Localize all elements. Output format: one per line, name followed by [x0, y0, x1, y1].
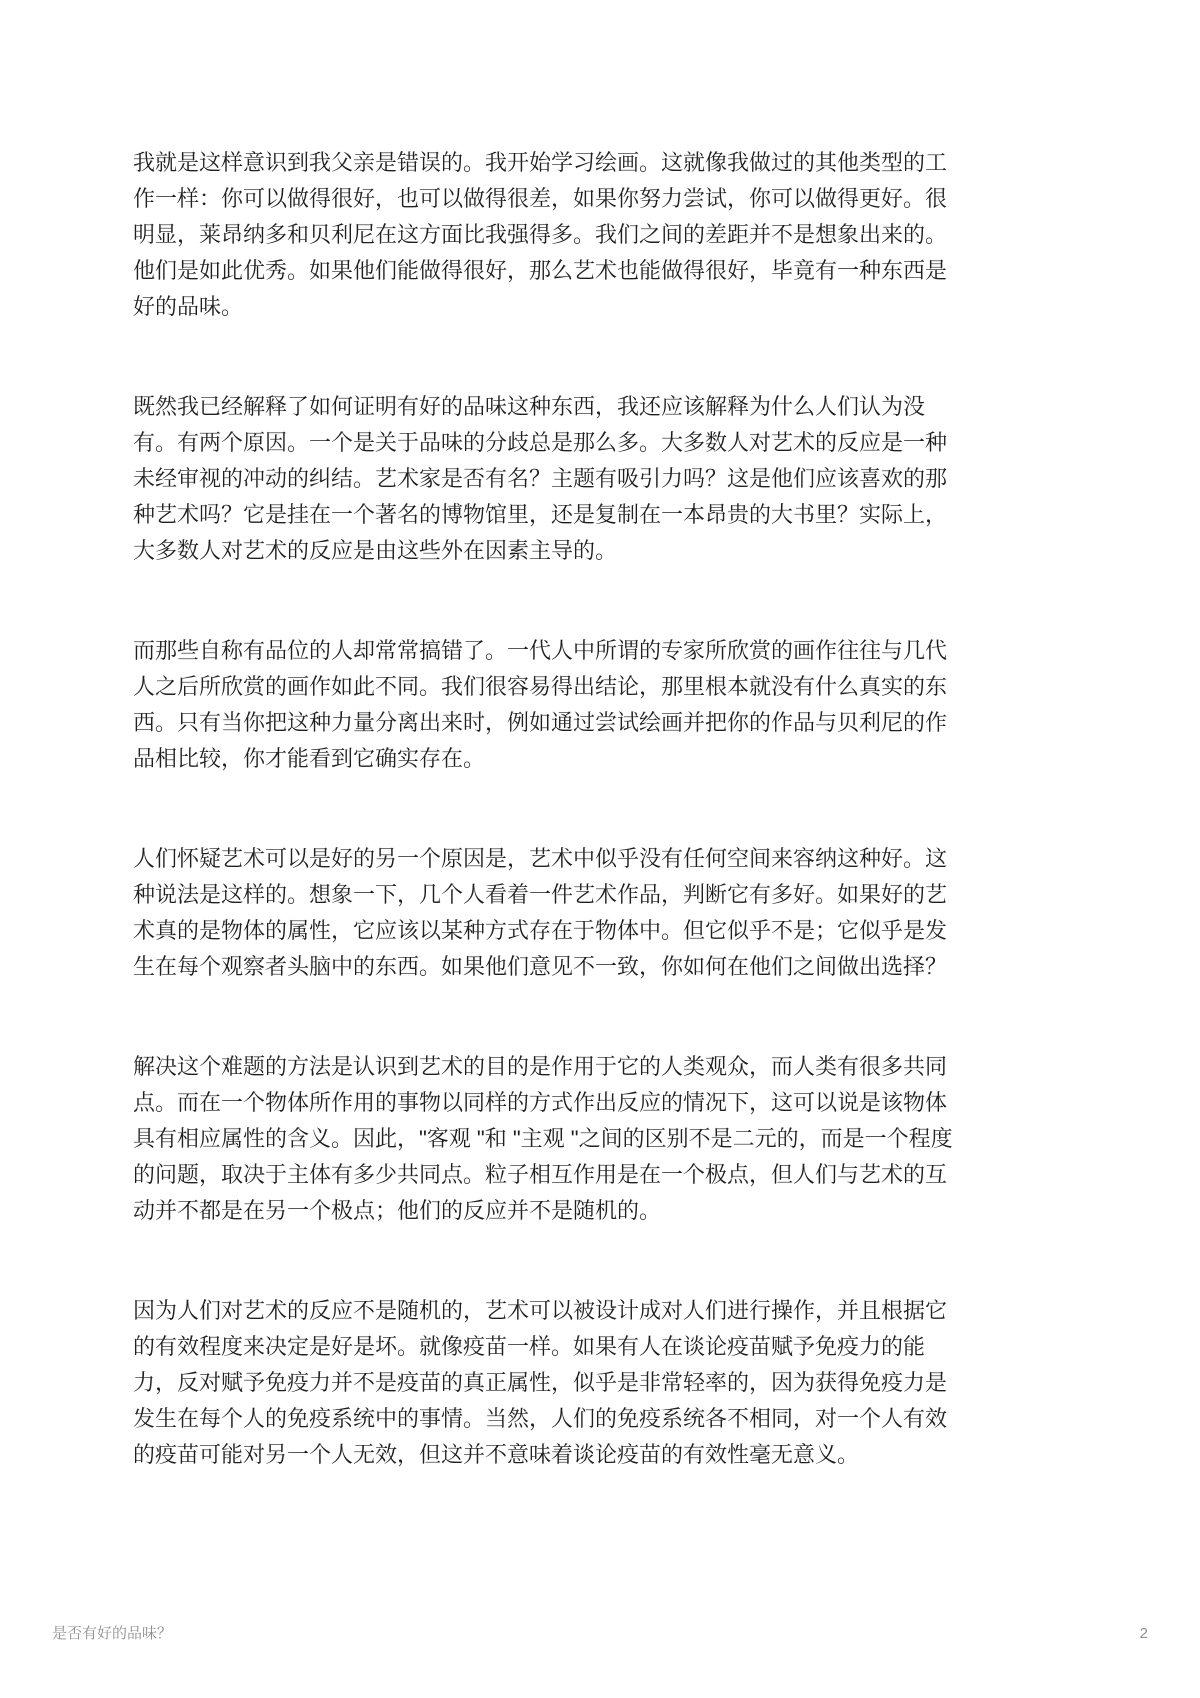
paragraph: 既然我已经解释了如何证明有好的品味这种东西，我还应该解释为什么人们认为没有。有两… [133, 389, 966, 569]
document-body: 我就是这样意识到我父亲是错误的。我开始学习绘画。这就像我做过的其他类型的工作一样… [133, 145, 966, 1537]
footer-page-number: 2 [1140, 1625, 1148, 1642]
footer-document-title: 是否有好的品味？ [52, 1622, 172, 1643]
paragraph: 因为人们对艺术的反应不是随机的，艺术可以被设计成对人们进行操作，并且根据它的有效… [133, 1293, 966, 1473]
page-footer: 是否有好的品味？ 2 [52, 1622, 1148, 1643]
paragraph: 而那些自称有品位的人却常常搞错了。一代人中所谓的专家所欣赏的画作往往与几代人之后… [133, 633, 966, 777]
document-page: 我就是这样意识到我父亲是错误的。我开始学习绘画。这就像我做过的其他类型的工作一样… [0, 0, 1200, 1698]
paragraph: 人们怀疑艺术可以是好的另一个原因是，艺术中似乎没有任何空间来容纳这种好。这种说法… [133, 841, 966, 985]
paragraph: 我就是这样意识到我父亲是错误的。我开始学习绘画。这就像我做过的其他类型的工作一样… [133, 145, 966, 325]
paragraph: 解决这个难题的方法是认识到艺术的目的是作用于它的人类观众，而人类有很多共同点。而… [133, 1049, 966, 1229]
